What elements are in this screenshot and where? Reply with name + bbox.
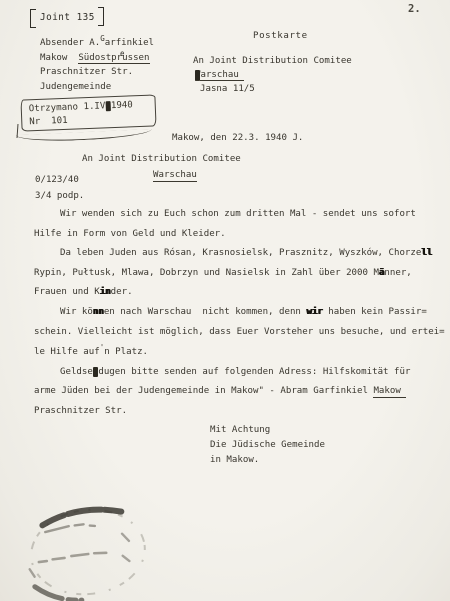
reference-note: 3/4 podp. [35,191,84,201]
pencil-note: Joint 135 [30,8,104,27]
recipient-city: Warschau [193,69,352,83]
body-line: Hilfe in Form von Geld und Kleider. [34,225,446,245]
body-line: Praschnitzer Str. [34,402,446,422]
closing-signer: Die Jüdische Gemeinde [210,438,325,453]
body-line: schein. Vielleicht ist möglich, dass Eue… [34,323,446,343]
inner-address-city: Warschau [153,170,197,180]
body-line: Geldsendugen bitte senden auf folgenden … [34,363,446,383]
file-number: 0/123/40 [35,175,79,185]
sender-street: Praschnitzer Str. [40,65,154,80]
page-number: 2. [408,3,421,15]
sender-block: Absender A.Garfinkiel Makow Südostprusse… [40,36,154,94]
sender-community: Judengemeinde [40,80,154,95]
handwritten-insert-mark: e [120,47,125,62]
received-stamp-box: Otrzymano 1.IVa1940 Nr 101 [20,94,156,131]
closing-place: in Makow. [210,453,325,468]
body-line: le Hilfe auf'n Platz. [34,342,446,363]
closing-block: Mit Achtung Die Jüdische Gemeinde in Mak… [210,423,325,467]
sender-name: Absender A.Garfinkiel [40,36,154,51]
pencil-note-text: Joint 135 [40,12,95,23]
bracket-right-icon [98,7,104,26]
recipient-name: An Joint Distribution Comitee [193,55,352,69]
letter-body: Wir wenden sich zu Euch schon zum dritte… [34,205,446,422]
body-line: Wir können nach Warschau nicht kommen, d… [34,303,446,323]
inner-address-name: An Joint Distribution Comitee [82,154,241,164]
body-line: Rypin, Pułtusk, Mlawa, Dobrzyn und Nasie… [34,264,446,284]
postcard-scan: 2. Joint 135 Absender A.Garfinkiel Makow… [0,0,450,601]
sender-town: Makow Südostprussen [40,51,154,66]
archive-stamp-icon [18,500,158,601]
body-line: arme Jüden bei der Judengemeinde in Mako… [34,382,446,402]
bracket-left-icon [30,9,36,28]
body-line: Da leben Juden aus Rósan, Krasnosielsk, … [34,244,446,264]
body-line: Wir wenden sich zu Euch schon zum dritte… [34,205,446,225]
recipient-block: An Joint Distribution Comitee Warschau J… [193,55,352,96]
body-line: Frauen und Kinder. [34,283,446,303]
dateline: Makow, den 22.3. 1940 J. [172,133,303,143]
postkarte-label: Postkarte [253,31,308,41]
closing-salutation: Mit Achtung [210,423,325,438]
recipient-street: Jasna 11/5 [193,83,352,97]
